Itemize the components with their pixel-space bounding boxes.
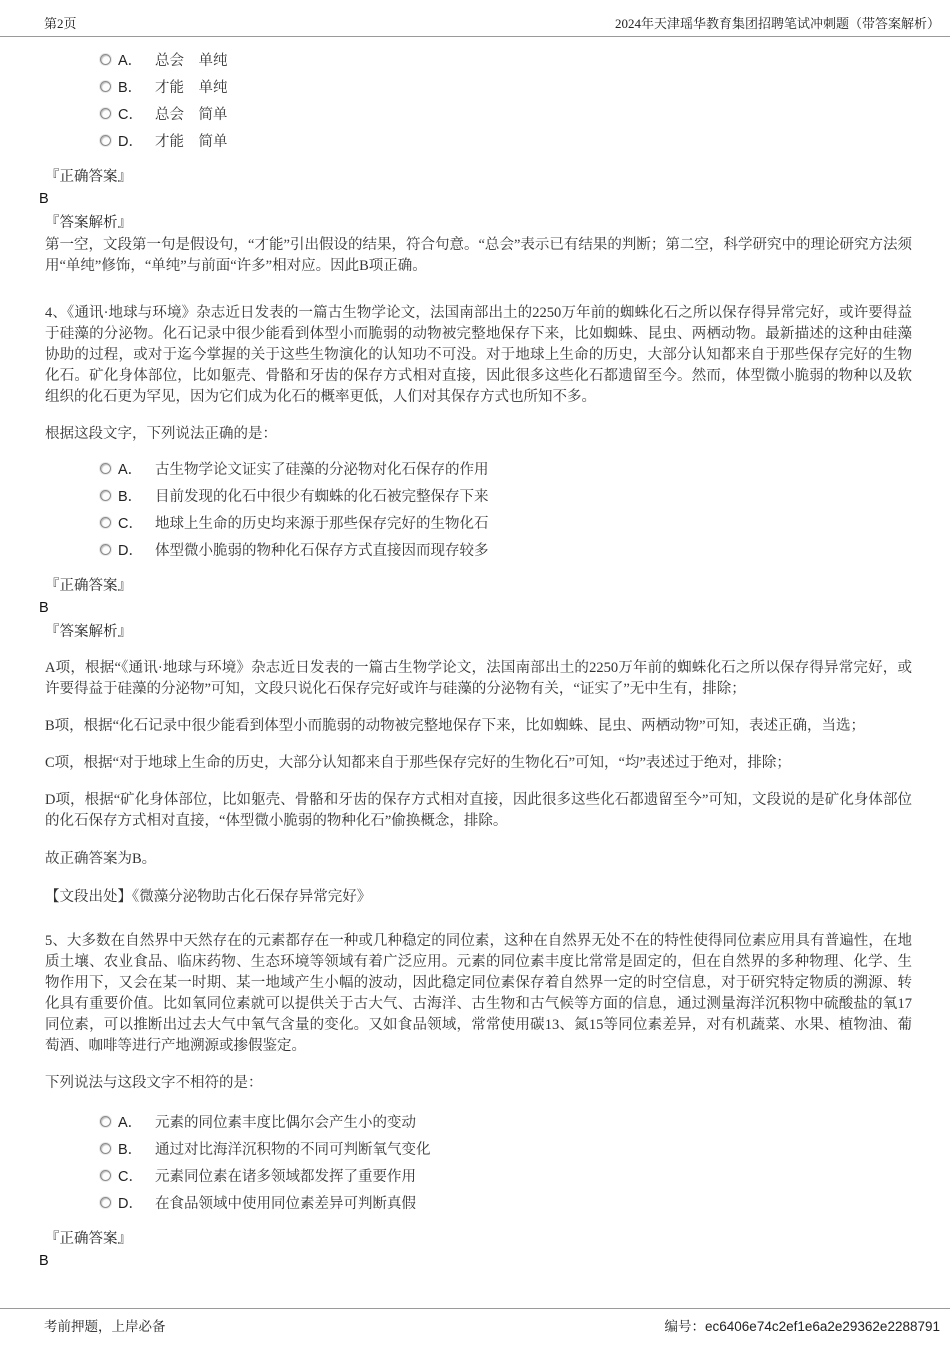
option-letter: C． — [118, 103, 155, 124]
option-row-d: D． 体型微小脆弱的物种化石保存方式直接因而现存较多 — [100, 536, 912, 563]
option-letter: A． — [118, 1111, 155, 1132]
option-row-c: C． 地球上生命的历史均来源于那些保存完好的生物化石 — [100, 509, 912, 536]
radio-button[interactable] — [100, 544, 111, 555]
analysis-heading: 『答案解析』 — [45, 213, 912, 233]
page-footer: 考前押题，上岸必备 编号：ec6406e74c2ef1e6a2e29362e22… — [0, 1308, 950, 1335]
question4-options: A． 古生物学论文证实了硅藻的分泌物对化石保存的作用 B． 目前发现的化石中很少… — [100, 455, 912, 563]
correct-answer-heading: 『正确答案』 — [45, 576, 912, 596]
option-text: 总会 简单 — [155, 103, 228, 124]
option-row-b: B． 通过对比海洋沉积物的不同可判断氧气变化 — [100, 1135, 912, 1162]
option-row-b: B． 目前发现的化石中很少有蜘蛛的化石被完整保存下来 — [100, 482, 912, 509]
option-text: 地球上生命的历史均来源于那些保存完好的生物化石 — [155, 512, 489, 533]
option-letter: B． — [118, 1138, 155, 1159]
option-text: 才能 单纯 — [155, 76, 228, 97]
page-header: 第2页 2024年天津瑶华教育集团招聘笔试冲刺题（带答案解析） — [0, 0, 950, 37]
page-number: 第2页 — [44, 13, 77, 32]
radio-button[interactable] — [100, 108, 111, 119]
analysis-text: 第一空，文段第一句是假设句，“才能”引出假设的结果，符合句意。“总会”表示已有结… — [45, 235, 912, 277]
radio-button[interactable] — [100, 135, 111, 146]
correct-answer-heading: 『正确答案』 — [45, 1229, 912, 1249]
answer-letter: B — [39, 189, 912, 209]
analysis-item-b: B项，根据“化石记录中很少能看到体型小而脆弱的动物被完整地保存下来，比如蜘蛛、昆… — [45, 716, 912, 737]
answer-letter: B — [39, 598, 912, 618]
question4-prompt: 根据这段文字，下列说法正确的是： — [45, 424, 912, 445]
option-letter: A． — [118, 458, 155, 479]
document-page: 第2页 2024年天津瑶华教育集团招聘笔试冲刺题（带答案解析） A． 总会 单纯… — [0, 0, 950, 1345]
option-text: 体型微小脆弱的物种化石保存方式直接因而现存较多 — [155, 539, 489, 560]
option-letter: D． — [118, 1192, 155, 1213]
option-letter: D． — [118, 130, 155, 151]
analysis-item-a: A项，根据“《通讯·地球与环境》杂志近日发表的一篇古生物学论文，法国南部出土的2… — [45, 658, 912, 700]
option-text: 总会 单纯 — [155, 49, 228, 70]
analysis-heading: 『答案解析』 — [45, 622, 912, 642]
footer-serial-number: 编号：ec6406e74c2ef1e6a2e29362e2288791 — [665, 1315, 940, 1335]
option-letter: B． — [118, 485, 155, 506]
page-content: A． 总会 单纯 B． 才能 单纯 C． 总会 简单 D． 才能 简单 『正确答… — [45, 34, 912, 1271]
document-title: 2024年天津瑶华教育集团招聘笔试冲刺题（带答案解析） — [615, 13, 942, 32]
radio-button[interactable] — [100, 517, 111, 528]
footer-slogan: 考前押题，上岸必备 — [44, 1315, 166, 1335]
radio-button[interactable] — [100, 1116, 111, 1127]
question3-options: A． 总会 单纯 B． 才能 单纯 C． 总会 简单 D． 才能 简单 — [100, 46, 912, 154]
analysis-item-d: D项，根据“矿化身体部位，比如躯壳、骨骼和牙齿的保存方式相对直接，因此很多这些化… — [45, 790, 912, 832]
radio-button[interactable] — [100, 1143, 111, 1154]
option-letter: C． — [118, 1165, 155, 1186]
passage-source: 【文段出处】《微藻分泌物助古化石保存异常完好》 — [45, 887, 912, 908]
option-row-a: A． 古生物学论文证实了硅藻的分泌物对化石保存的作用 — [100, 455, 912, 482]
option-row-a: A． 元素的同位素丰度比偶尔会产生小的变动 — [100, 1108, 912, 1135]
option-text: 元素同位素在诸多领域都发挥了重要作用 — [155, 1165, 416, 1186]
question4-stem: 4、《通讯·地球与环境》杂志近日发表的一篇古生物学论文，法国南部出土的2250万… — [45, 303, 912, 408]
option-text: 元素的同位素丰度比偶尔会产生小的变动 — [155, 1111, 416, 1132]
option-row-a: A． 总会 单纯 — [100, 46, 912, 73]
correct-answer-heading: 『正确答案』 — [45, 167, 912, 187]
option-text: 古生物学论文证实了硅藻的分泌物对化石保存的作用 — [155, 458, 489, 479]
radio-button[interactable] — [100, 463, 111, 474]
option-text: 通过对比海洋沉积物的不同可判断氧气变化 — [155, 1138, 431, 1159]
option-row-c: C． 总会 简单 — [100, 100, 912, 127]
option-text: 目前发现的化石中很少有蜘蛛的化石被完整保存下来 — [155, 485, 489, 506]
option-row-d: D． 在食品领域中使用同位素差异可判断真假 — [100, 1189, 912, 1216]
question5-prompt: 下列说法与这段文字不相符的是： — [45, 1073, 912, 1094]
option-row-b: B． 才能 单纯 — [100, 73, 912, 100]
radio-button[interactable] — [100, 81, 111, 92]
analysis-item-c: C项，根据“对于地球上生命的历史，大部分认知都来自于那些保存完好的生物化石”可知… — [45, 753, 912, 774]
question5-stem: 5、大多数在自然界中天然存在的元素都存在一种或几种稳定的同位素，这种在自然界无处… — [45, 931, 912, 1057]
option-letter: C． — [118, 512, 155, 533]
option-letter: A． — [118, 49, 155, 70]
option-row-d: D． 才能 简单 — [100, 127, 912, 154]
option-row-c: C． 元素同位素在诸多领域都发挥了重要作用 — [100, 1162, 912, 1189]
radio-button[interactable] — [100, 490, 111, 501]
analysis-conclusion: 故正确答案为B。 — [45, 849, 912, 870]
option-text: 在食品领域中使用同位素差异可判断真假 — [155, 1192, 416, 1213]
option-letter: B． — [118, 76, 155, 97]
answer-letter: B — [39, 1251, 912, 1271]
radio-button[interactable] — [100, 54, 111, 65]
option-text: 才能 简单 — [155, 130, 228, 151]
radio-button[interactable] — [100, 1197, 111, 1208]
option-letter: D． — [118, 539, 155, 560]
question5-options: A． 元素的同位素丰度比偶尔会产生小的变动 B． 通过对比海洋沉积物的不同可判断… — [100, 1108, 912, 1216]
radio-button[interactable] — [100, 1170, 111, 1181]
